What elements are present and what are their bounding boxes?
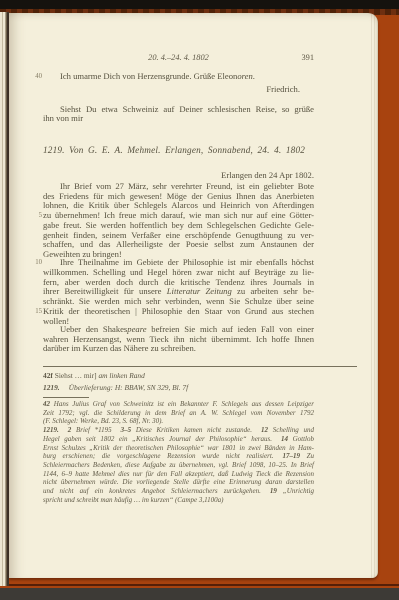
- signature: Friedrich.: [43, 85, 314, 95]
- text-line: Zeit 1792; vgl. die Schilderung in dem B…: [43, 409, 314, 418]
- text-line: nicht übernehmen würde. Die vorliegende …: [43, 478, 314, 487]
- letter-closing: Ich umarme Dich von Herzensgrunde. Grüße…: [43, 72, 314, 82]
- text-line: Hegel gaben seit 1802 ein „Kritisches Jo…: [43, 435, 314, 444]
- margin-line-number: 10: [27, 258, 42, 268]
- book-cover-bottom-edge: [0, 584, 399, 586]
- apparatus: 42f Siehst … mir] am linken Rand1219.Übe…: [43, 370, 314, 394]
- text-line: Schleiermachers Bedenken, diese Aufgabe …: [43, 461, 314, 470]
- margin-line-number: 15: [27, 307, 42, 317]
- letter-paragraph: Ihr Brief vom 27 März, sehr verehrter Fr…: [43, 182, 314, 260]
- page-edges: [0, 12, 9, 586]
- text-line: Siehst Du etwa Schweiniz auf Deiner schl…: [43, 105, 314, 115]
- text-line: 1219.Überlieferung: H: BBAW, SN 329, Bl.…: [43, 382, 314, 394]
- letter-dateline: Erlangen den 24 Apr 1802.: [43, 171, 314, 181]
- commentary-divider: [43, 397, 89, 398]
- page-edge-lines: [371, 13, 378, 578]
- text-line: und nicht auf ein konkretes Angebot Schl…: [43, 487, 314, 496]
- text-line: spricht und schreibt man häufig … im kur…: [43, 496, 314, 505]
- text-line: darüber im Kurzen das Nähere zu schreibe…: [43, 344, 314, 354]
- page-number: 391: [301, 53, 314, 63]
- running-head-date: 20. 4.–24. 4. 1802: [43, 53, 314, 63]
- text-line: Ich umarme Dich von Herzensgrunde. Grüße…: [43, 72, 314, 82]
- letter-paragraph: Ihre Theilnahme im Gebiete der Philosoph…: [43, 258, 314, 326]
- text-line: Ernst Schulzes „Kritik der theoretischen…: [43, 444, 314, 453]
- text-line: 1144, 6–9 hatte Mehmel dies nur für den …: [43, 470, 314, 479]
- commentary: 42 Hans Julius Graf von Schweinitz ist e…: [43, 400, 314, 504]
- text-line: 42 Hans Julius Graf von Schweinitz ist e…: [43, 400, 314, 409]
- running-head: 20. 4.–24. 4. 1802 391: [43, 53, 314, 63]
- postscript: Siehst Du etwa Schweiniz auf Deiner schl…: [43, 105, 314, 124]
- scan-page: 20. 4.–24. 4. 1802 391 40 5 10 15 Ich um…: [9, 13, 378, 578]
- margin-line-number: 40: [27, 72, 42, 82]
- letter-paragraph: Ueber den Shakespeare befreien Sie mich …: [43, 325, 314, 354]
- text-line: burg erschienen; die vorgeschlagene Reze…: [43, 452, 314, 461]
- text-line: ihn von mir: [43, 114, 314, 124]
- text-line: Kritik der theoretischen | Philosophie d…: [43, 307, 314, 317]
- text-line: 1219.2 Brief *11953–5 Diese Kritiken kam…: [43, 426, 314, 435]
- letter-heading: 1219. Von G. E. A. Mehmel. Erlangen, Son…: [43, 145, 314, 156]
- text-line: 42f Siehst … mir] am linken Rand: [43, 370, 314, 382]
- scan-bottom-bar: [0, 588, 399, 600]
- book-scan: 20. 4.–24. 4. 1802 391 40 5 10 15 Ich um…: [0, 0, 399, 600]
- margin-line-number: 5: [27, 211, 42, 221]
- text-line: (F. Schlegel: Werke, Bd. 23, S. 68f, Nr.…: [43, 417, 314, 426]
- apparatus-divider: [43, 366, 357, 367]
